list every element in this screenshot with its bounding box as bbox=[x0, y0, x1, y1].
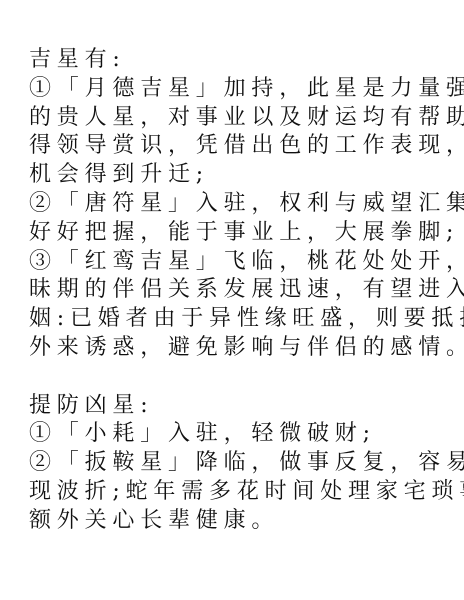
lucky-line: 机会得到升迁; bbox=[29, 161, 449, 190]
unlucky-line: ②「扳鞍星」降临，做事反复，容易出 bbox=[29, 449, 449, 478]
unlucky-line: 现波折;蛇年需多花时间处理家宅琐事， bbox=[29, 478, 449, 507]
unlucky-line: 额外关心长辈健康。 bbox=[29, 507, 449, 536]
unlucky-stars-heading: 提防凶星: bbox=[29, 392, 449, 421]
lucky-line: 昧期的伴侣关系发展迅速，有望进入婚 bbox=[29, 276, 449, 305]
lucky-line: 的贵人星，对事业以及财运均有帮助， bbox=[29, 104, 449, 133]
horoscope-document: 吉星有: ①「月德吉星」加持，此星是力量强大 的贵人星，对事业以及财运均有帮助，… bbox=[29, 46, 449, 536]
section-spacer bbox=[29, 363, 449, 392]
lucky-line: 姻:已婚者由于异性缘旺盛，则要抵抗 bbox=[29, 305, 449, 334]
lucky-line: 得领导赏识，凭借出色的工作表现，有 bbox=[29, 132, 449, 161]
unlucky-line: ①「小耗」入驻，轻微破财; bbox=[29, 420, 449, 449]
lucky-line: ①「月德吉星」加持，此星是力量强大 bbox=[29, 75, 449, 104]
lucky-line: ②「唐符星」入驻，权利与威望汇集， bbox=[29, 190, 449, 219]
lucky-line: 好好把握，能于事业上，大展拳脚; bbox=[29, 219, 449, 248]
lucky-line: ③「红鸾吉星」飞临，桃花处处开，暧 bbox=[29, 248, 449, 277]
lucky-stars-heading: 吉星有: bbox=[29, 46, 449, 75]
lucky-line: 外来诱惑，避免影响与伴侣的感情。 bbox=[29, 334, 449, 363]
unlucky-stars-section: 提防凶星: ①「小耗」入驻，轻微破财; ②「扳鞍星」降临，做事反复，容易出 现波… bbox=[29, 392, 449, 536]
lucky-stars-section: 吉星有: ①「月德吉星」加持，此星是力量强大 的贵人星，对事业以及财运均有帮助，… bbox=[29, 46, 449, 363]
